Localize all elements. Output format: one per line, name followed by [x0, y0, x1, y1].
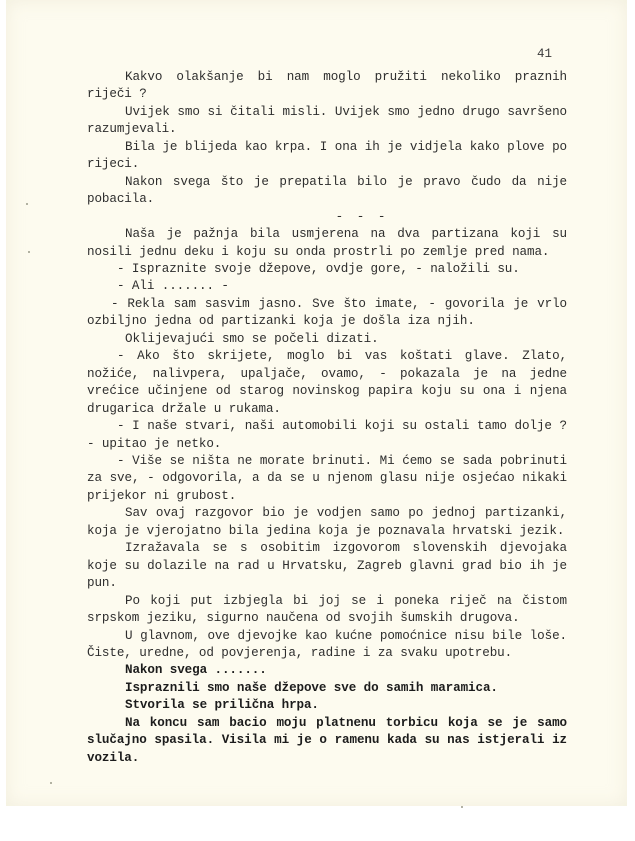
paragraph-bold: Na koncu sam bacio moju platnenu torbicu…	[87, 715, 567, 767]
page-number: 41	[537, 47, 552, 61]
paragraph: Kakvo olakšanje bi nam moglo pružiti nek…	[87, 69, 567, 104]
paragraph: Uvijek smo si čitali misli. Uvijek smo j…	[87, 104, 567, 139]
scan-speck	[28, 251, 30, 253]
paragraph: U glavnom, ove djevojke kao kućne pomoćn…	[87, 628, 567, 663]
scan-speck	[26, 203, 28, 205]
scan-speck	[461, 806, 463, 808]
scan-speck	[50, 782, 52, 784]
dialogue-line: - Rekla sam sasvim jasno. Sve što imate,…	[87, 296, 567, 331]
paragraph-bold: Nakon svega .......	[87, 662, 567, 679]
dialogue-line: - Ispraznite svoje džepove, ovdje gore, …	[87, 261, 567, 278]
paragraph-bold: Ispraznili smo naše džepove sve do samih…	[87, 680, 567, 697]
dialogue-line: - Više se ništa ne morate brinuti. Mi će…	[87, 453, 567, 505]
paragraph: Izražavala se s osobitim izgovorom slove…	[87, 540, 567, 592]
section-separator: - - -	[87, 209, 567, 226]
dialogue-line: - Ali ....... -	[87, 278, 567, 295]
dialogue-line: - Ako što skrijete, moglo bi vas koštati…	[87, 348, 567, 418]
paragraph: Po koji put izbjegla bi joj se i poneka …	[87, 593, 567, 628]
body-text: Kakvo olakšanje bi nam moglo pružiti nek…	[87, 69, 567, 767]
paragraph-bold: Stvorila se prilična hrpa.	[87, 697, 567, 714]
paragraph: Oklijevajući smo se počeli dizati.	[87, 331, 567, 348]
paragraph: Sav ovaj razgovor bio je vodjen samo po …	[87, 505, 567, 540]
dialogue-line: - I naše stvari, naši automobili koji su…	[87, 418, 567, 453]
paragraph: Naša je pažnja bila usmjerena na dva par…	[87, 226, 567, 261]
paragraph: Nakon svega što je prepatila bilo je pra…	[87, 174, 567, 209]
paragraph: Bila je blijeda kao krpa. I ona ih je vi…	[87, 139, 567, 174]
